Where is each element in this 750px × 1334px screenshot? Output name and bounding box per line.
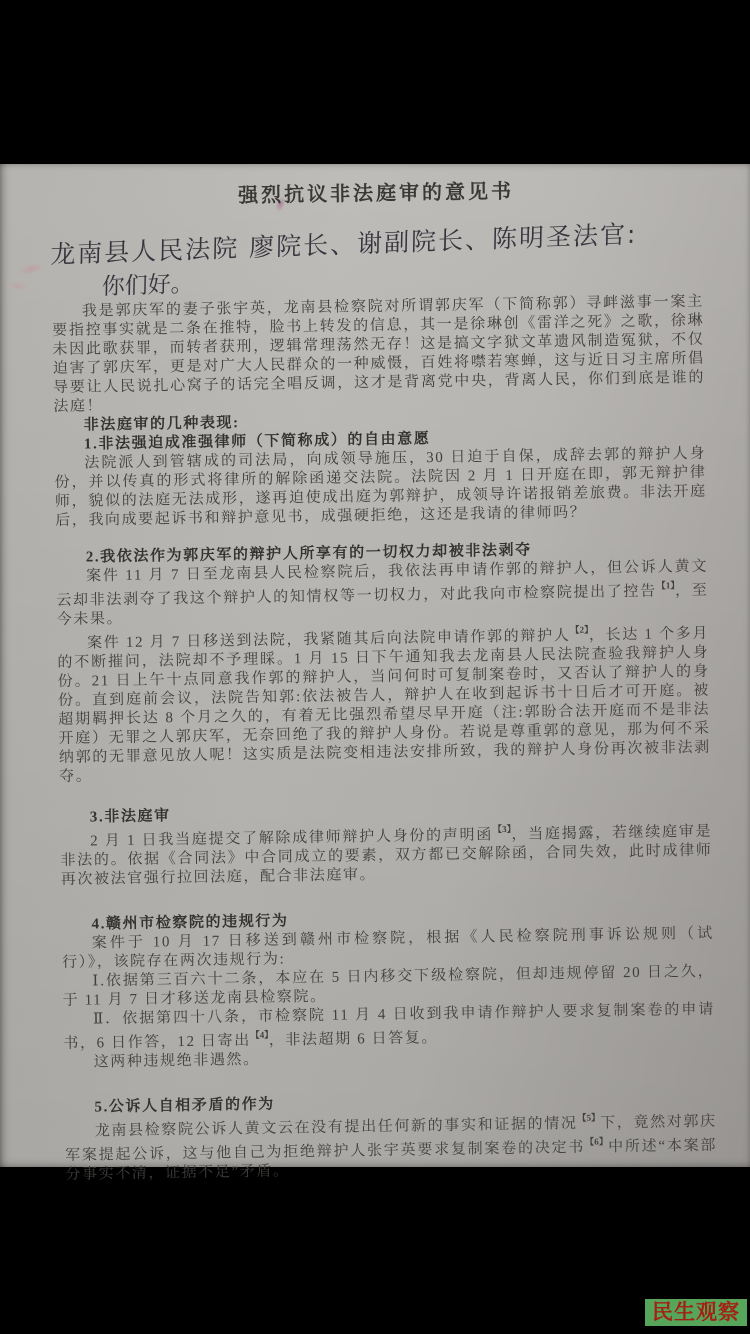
paragraph: 案件 12 月 7 日移送到法院，我紧随其后向法院申请作郭的辩护人【2】，长达 … — [57, 620, 711, 787]
paragraph: 2 月 1 日我当庭提交了解除成律师辩护人身份的声明函【3】，当庭揭露，若继续庭… — [60, 818, 713, 890]
footnote-marker-4: 【4】 — [251, 1030, 269, 1040]
minsheng-watch-watermark: 民生观察 — [645, 1299, 747, 1326]
footnote-marker-6: 【6】 — [585, 1136, 608, 1146]
section-4: 4.赣州市检察院的违规行为 案件于 10 月 17 日移送到赣州市检察院，根据《… — [61, 906, 715, 1073]
paragraph-text: ，非法超期 6 日答复。 — [269, 1030, 438, 1049]
paragraph: 案件 11 月 7 日至龙南县人民检察院后，我依法再申请作郭的辩护人，但公诉人黄… — [56, 558, 709, 630]
section-5: 5.公诉人自相矛盾的作为 龙南县检察院公诉人黄文云在没有提出任何新的事实和证据的… — [64, 1089, 717, 1185]
paragraph: 法院派人到管辖成的司法局，向成领导施压，30 日迫于自保，成辞去郭的辩护人身份，… — [54, 445, 707, 531]
document-content: 强烈抗议非法庭审的意见书 龙南县人民法院 廖院长、谢副院长、陈明圣法官: 你们好… — [0, 158, 750, 1186]
section-3: 3.非法庭审 2 月 1 日我当庭提交了解除成律师辩护人身份的声明函【3】，当庭… — [60, 799, 713, 890]
paragraph-text: 法院派人到管辖成的司法局，向成领导施压，30 日迫于自保，成辞去郭的辩护人身份，… — [54, 446, 706, 529]
document-body: 我是郭庆军的妻子张宇英，龙南县检察院对所谓郭庆军（下简称郭）寻衅滋事一案主要指控… — [52, 293, 718, 1185]
footnote-marker-5: 【5】 — [577, 1113, 600, 1123]
paragraph: 龙南县检察院公诉人黄文云在没有提出任何新的事实和证据的情况【5】下，竟然对郭庆军… — [65, 1108, 718, 1185]
footnote-marker-2: 【2】 — [570, 625, 588, 635]
section-2: 2.我依法作为郭庆军的辩护人所享有的一切权力却被非法剥夺 案件 11 月 7 日… — [56, 539, 712, 787]
document-paper: 强烈抗议非法庭审的意见书 龙南县人民法院 廖院长、谢副院长、陈明圣法官: 你们好… — [0, 164, 750, 1167]
photo-background: 强烈抗议非法庭审的意见书 龙南县人民法院 廖院长、谢副院长、陈明圣法官: 你们好… — [0, 0, 750, 1334]
section-1: 1.非法强迫成准强律师（下简称成）的自由意愿 法院派人到管辖成的司法局，向成领导… — [54, 426, 707, 531]
paragraph-text: 龙南县检察院公诉人黄文云在没有提出任何新的事实和证据的情况 — [95, 1116, 578, 1140]
footnote-marker-3: 【3】 — [493, 824, 512, 834]
paragraph-text: 案件 11 月 7 日至龙南县人民检察院后，我依法再申请作郭的辩护人，但公诉人黄… — [56, 559, 708, 609]
paragraph-text: 这两种违规绝非遇然。 — [94, 1052, 260, 1071]
intro-paragraph: 我是郭庆军的妻子张宇英，龙南县检察院对所谓郭庆军（下简称郭）寻衅滋事一案主要指控… — [52, 293, 706, 417]
handwritten-greeting: 龙南县人民法院 廖院长、谢副院长、陈明圣法官: 你们好。 — [50, 212, 703, 303]
document-title: 强烈抗议非法庭审的意见书 — [50, 172, 702, 211]
footnote-marker-1: 【1】 — [657, 580, 675, 590]
